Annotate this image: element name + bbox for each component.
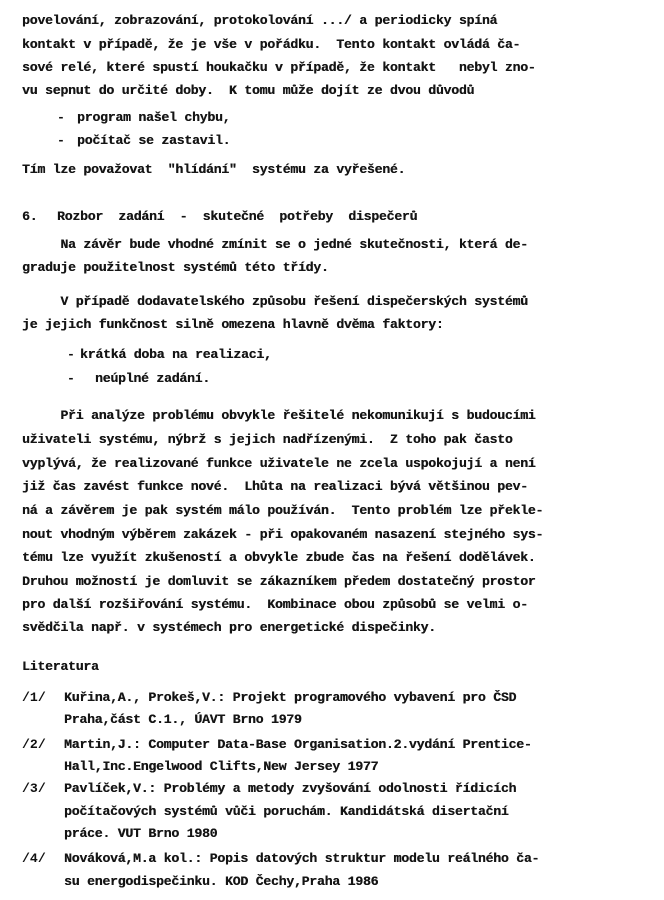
paragraph-line: V případě dodavatelského způsobu řešení …	[22, 294, 528, 310]
reference-line: Pavlíček,V.: Problémy a metody zvyšování…	[64, 781, 516, 797]
reference-line: Kuřina,A., Prokeš,V.: Projekt programové…	[64, 690, 516, 706]
reference-line: počítačových systémů vůči poruchám. Kand…	[64, 804, 509, 820]
conclusion-line: Tím lze považovat "hlídání" systému za v…	[22, 162, 405, 178]
list-bullet: -	[57, 110, 65, 126]
reference-number: /3/	[22, 781, 46, 797]
list-item: krátká doba na realizaci,	[80, 347, 272, 363]
paragraph-line: nout vhodným výběrem zakázek - při opako…	[22, 527, 543, 543]
list-bullet: -	[67, 347, 75, 363]
reference-line: Nováková,M.a kol.: Popis datových strukt…	[64, 851, 539, 867]
paragraph-line: uživateli systému, nýbrž s jejich nadříz…	[22, 432, 512, 448]
paragraph-line: vyplývá, že realizované funkce uživatele…	[22, 456, 535, 472]
reference-line: Hall,Inc.Engelwood Clifts,New Jersey 197…	[64, 759, 378, 775]
literature-heading: Literatura	[22, 659, 99, 675]
reference-line: Martin,J.: Computer Data-Base Organisati…	[64, 737, 532, 753]
section-number: 6.	[22, 209, 37, 225]
paragraph-line: již čas zavést funkce nové. Lhůta na rea…	[22, 479, 528, 495]
list-bullet: -	[57, 133, 65, 149]
intro-line: sové relé, které spustí houkačku v přípa…	[22, 60, 535, 76]
list-item: neúplné zadání.	[95, 371, 210, 387]
paragraph-line: graduje použitelnost systémů této třídy.	[22, 260, 329, 276]
list-bullet: -	[67, 371, 75, 387]
list-item: program našel chybu,	[77, 110, 230, 126]
reference-line: Praha,část C.1., ÚAVT Brno 1979	[64, 712, 302, 728]
reference-number: /4/	[22, 851, 46, 867]
intro-line: povelování, zobrazování, protokolování .…	[22, 13, 497, 29]
paragraph-line: tému lze využít zkušeností a obvykle zbu…	[22, 550, 535, 566]
paragraph-line: Při analýze problému obvykle řešitelé ne…	[22, 408, 535, 424]
paragraph-line: je jejich funkčnost silně omezena hlavně…	[22, 317, 444, 333]
intro-line: kontakt v případě, že je vše v pořádku. …	[22, 37, 520, 53]
list-item: počítač se zastavil.	[77, 133, 230, 149]
document-page: povelování, zobrazování, protokolování .…	[0, 0, 664, 900]
paragraph-line: svědčila např. v systémech pro energetic…	[22, 620, 436, 636]
reference-line: práce. VUT Brno 1980	[64, 826, 217, 842]
intro-line: vu sepnut do určité doby. K tomu může do…	[22, 83, 474, 99]
paragraph-line: ná a závěrem je pak systém málo používán…	[22, 503, 543, 519]
reference-number: /1/	[22, 690, 46, 706]
paragraph-line: Druhou možností je domluvit se zákazníke…	[22, 574, 535, 590]
reference-number: /2/	[22, 737, 46, 753]
reference-line: su energodispečinku. KOD Čechy,Praha 198…	[64, 874, 378, 890]
section-title: Rozbor zadání - skutečné potřeby dispeče…	[57, 209, 417, 225]
paragraph-line: pro další rozšiřování systému. Kombinace…	[22, 597, 528, 613]
paragraph-line: Na závěr bude vhodné zmínit se o jedné s…	[22, 237, 528, 253]
